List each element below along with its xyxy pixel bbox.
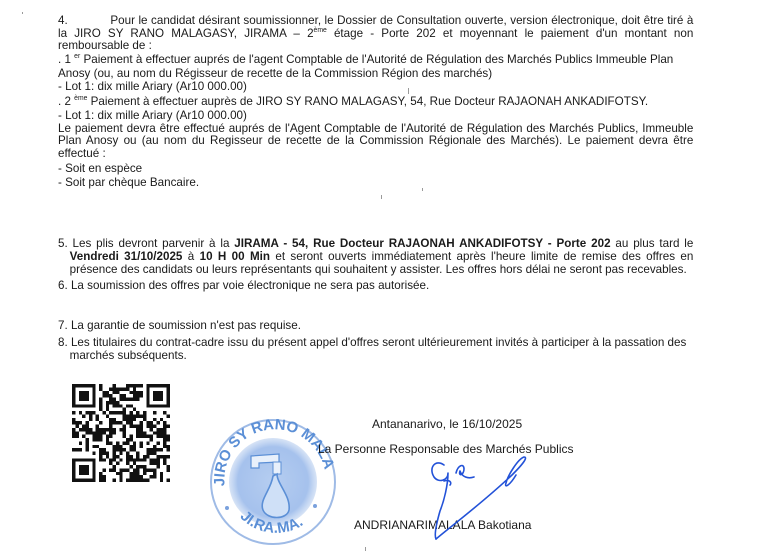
scan-speck xyxy=(365,547,366,551)
scan-speck xyxy=(408,88,409,94)
company-stamp-icon: JIRO SY RANO MALAGASY JI.RA.MA. xyxy=(207,410,339,550)
section-4: 4.Pour le candidat désirant soumissionne… xyxy=(58,14,693,189)
place-date: Antananarivo, le 16/10/2025 xyxy=(372,417,522,431)
responsible-title: La Personne Responsable des Marchés Publ… xyxy=(318,442,573,456)
scan-speck xyxy=(22,12,23,14)
section-7: 7. La garantie de soumission n'est pas r… xyxy=(58,319,693,332)
section-6: 6. La soumission des offres par voie éle… xyxy=(58,279,693,292)
scan-speck xyxy=(422,188,423,191)
qr-code-icon xyxy=(72,384,170,482)
scan-speck xyxy=(381,195,382,199)
section-8: 8. Les titulaires du contrat-cadre issu … xyxy=(58,336,693,362)
handwritten-signature-icon xyxy=(400,455,540,555)
document-page: 4.Pour le candidat désirant soumissionne… xyxy=(0,0,765,557)
section-5: 5. Les plis devront parvenir à la JIRAMA… xyxy=(58,237,693,277)
